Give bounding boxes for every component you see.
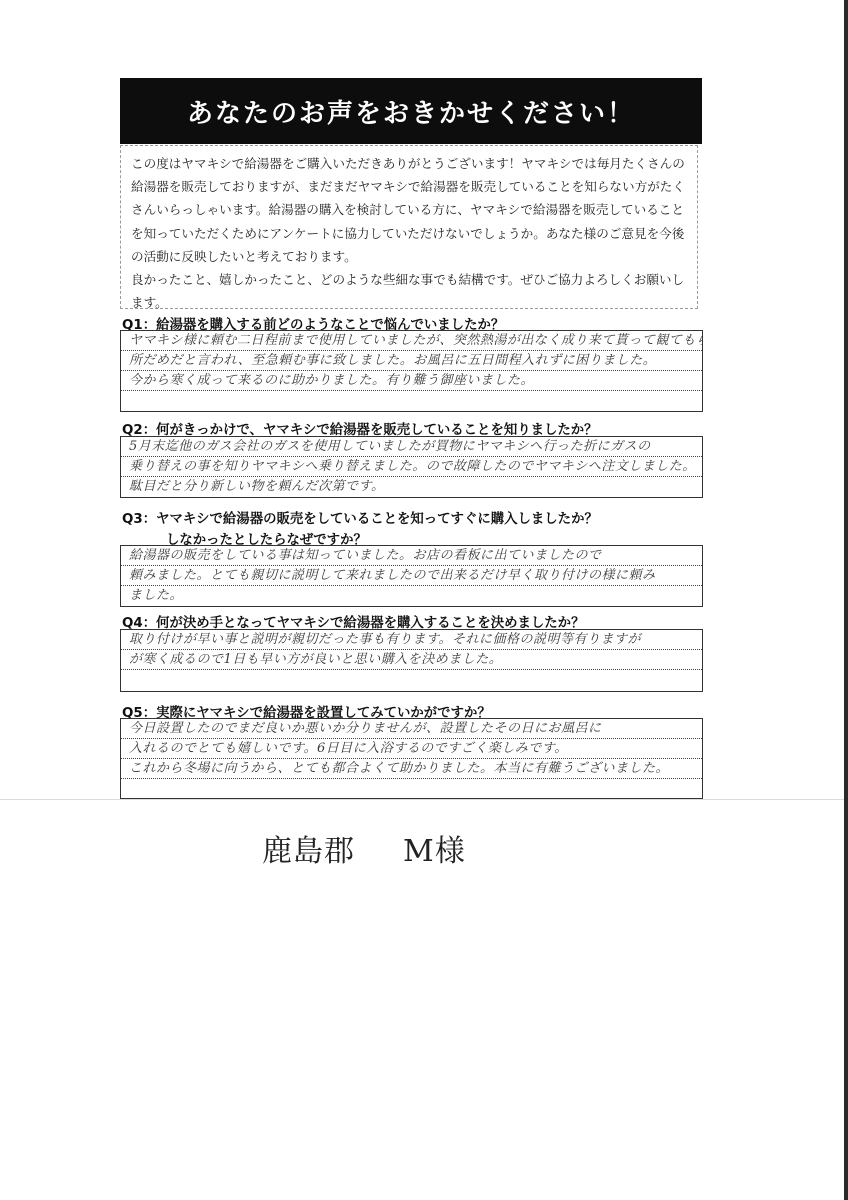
answer-line: 所だめだと言われ、至急頼む事に致しました。お風呂に五日間程入れずに困りました。 (121, 351, 702, 371)
answer-line: 駄目だと分り新しい物を頼んだ次第です。 (121, 477, 702, 497)
question-1-answer-box: ヤマキシ様に頼む二日程前まで使用していましたが、突然熱湯が出なく成り来て貰って観… (120, 330, 703, 412)
question-3-label: Q3：ヤマキシで給湯器の販売をしていることを知ってすぐに購入しましたか？ (122, 508, 598, 527)
answer-line: 今日設置したのでまだ良いか悪いか分りませんが、設置したその日にお風呂に (121, 719, 702, 739)
page-edge (844, 0, 848, 1200)
answer-line: 入れるのでとても嬉しいです。6日目に入浴するのですごく楽しみです。 (121, 739, 702, 759)
answer-line: これから冬場に向うから、とても都合よくて助かりました。本当に有難うございました。 (121, 759, 702, 779)
answer-line: 今から寒く成って来るのに助かりました。有り難う御座いました。 (121, 371, 702, 391)
question-5-answer-box: 今日設置したのでまだ良いか悪いか分りませんが、設置したその日にお風呂に 入れるの… (120, 718, 703, 799)
answer-line: 給湯器の販売をしている事は知っていました。お店の看板に出ていましたので (121, 546, 702, 566)
answer-line: ヤマキシ様に頼む二日程前まで使用していましたが、突然熱湯が出なく成り来て貰って観… (121, 331, 702, 351)
signature: 鹿島郡M様 (262, 826, 466, 870)
answer-line (121, 779, 702, 799)
answer-line: ました。 (121, 586, 702, 606)
answer-line: 乗り替えの事を知りヤマキシへ乗り替えました。ので故障したのでヤマキシへ注文しまし… (121, 457, 702, 477)
answer-line (121, 391, 702, 411)
question-4-answer-box: 取り付けが早い事と説明が親切だった事も有ります。それに価格の説明等有りますが が… (120, 629, 703, 692)
section-divider (0, 799, 844, 800)
answer-line: 5月末迄他のガス会社のガスを使用していましたが買物にヤマキシへ行った折にガスの (121, 437, 702, 457)
intro-paragraph: 良かったこと、嬉しかったこと、どのような些細な事でも結構です。ぜひご協力よろしく… (131, 268, 689, 314)
answer-line: が寒く成るので1日も早い方が良いと思い購入を決めました。 (121, 650, 702, 670)
question-2-answer-box: 5月末迄他のガス会社のガスを使用していましたが買物にヤマキシへ行った折にガスの … (120, 436, 703, 498)
page-title: あなたのお声をおきかせください！ (120, 78, 702, 144)
answer-line: 頼みました。とても親切に説明して来れましたので出来るだけ早く取り付けの様に頼み (121, 566, 702, 586)
intro-paragraph: この度はヤマキシで給湯器をご購入いただきありがとうございます！ヤマキシでは毎月た… (131, 152, 689, 268)
intro-text-box: この度はヤマキシで給湯器をご購入いただきありがとうございます！ヤマキシでは毎月た… (120, 145, 698, 309)
answer-line (121, 670, 702, 690)
signature-name: M様 (403, 834, 466, 869)
answer-line: 取り付けが早い事と説明が親切だった事も有ります。それに価格の説明等有りますが (121, 630, 702, 650)
question-3-answer-box: 給湯器の販売をしている事は知っていました。お店の看板に出ていましたので 頼みまし… (120, 545, 703, 607)
signature-location: 鹿島郡 (262, 834, 355, 869)
